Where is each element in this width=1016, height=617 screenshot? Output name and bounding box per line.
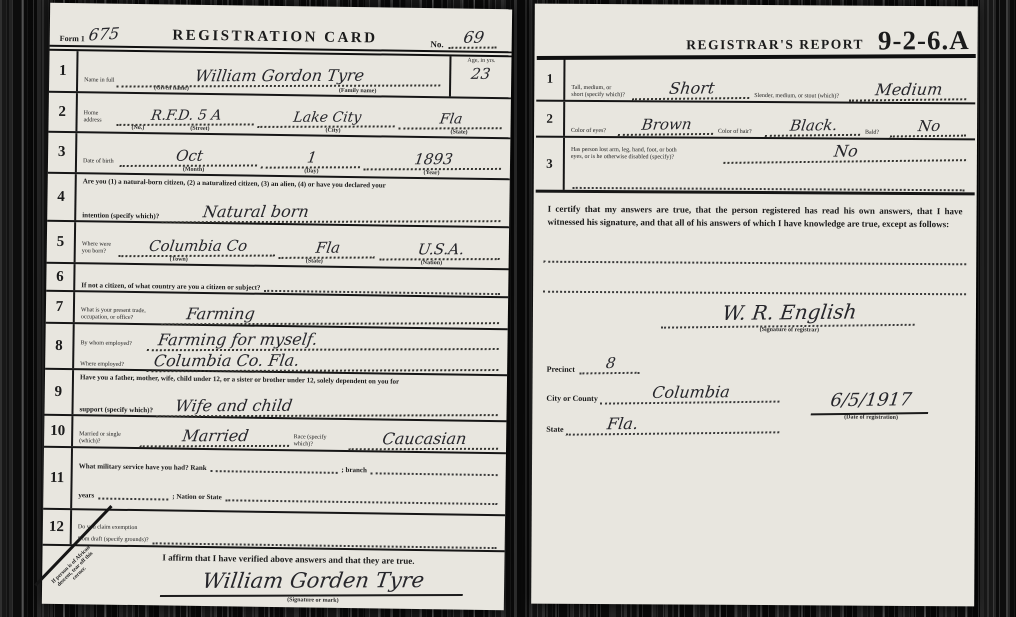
trade-cell: What is your present trade, occupation, … bbox=[75, 292, 508, 328]
height-question-line2: short (specify which)? bbox=[571, 92, 629, 99]
row-number: 5 bbox=[47, 222, 77, 262]
employer-cell: By whom employed? Farming for myself. Wh… bbox=[74, 324, 508, 374]
row-build: 1 Tall, medium, or short (specify which)… bbox=[536, 58, 975, 105]
city-county-label: City or County bbox=[546, 394, 597, 403]
family-name-sublabel: (Family name) bbox=[339, 88, 377, 95]
where-born-cell: Where were you born? Columbia Co Fla U.S… bbox=[76, 222, 510, 268]
where-employed-question: Where employed? bbox=[80, 361, 144, 369]
home-address-label: Home address bbox=[84, 110, 114, 124]
height-handwritten: Short bbox=[632, 78, 752, 100]
date-handwritten: 6/5/1917 bbox=[811, 389, 931, 415]
year-sublabel: (Year) bbox=[424, 170, 440, 176]
where-born-label: Where were you born? bbox=[82, 241, 116, 255]
hair-question: Color of hair? bbox=[718, 129, 762, 136]
state-sublabel: (State) bbox=[450, 129, 467, 135]
report-code: 9-2-6.A bbox=[878, 28, 970, 52]
city-county-handwritten: Columbia bbox=[600, 382, 782, 405]
dotted-line bbox=[98, 487, 168, 500]
married-handwritten: Married bbox=[140, 426, 292, 447]
registrant-signature-handwritten: William Gorden Tyre bbox=[160, 568, 467, 597]
address-city-handwritten: Lake City bbox=[257, 109, 397, 127]
military-question-branch: ; branch bbox=[341, 466, 367, 474]
dependents-question-line1: Have you a father, mother, wife, child u… bbox=[80, 373, 499, 387]
race-question: Race (specify which)? bbox=[294, 434, 346, 449]
row-number: 3 bbox=[536, 138, 565, 190]
dob-year-handwritten: 1893 bbox=[364, 150, 504, 170]
row-number: 9 bbox=[44, 370, 74, 414]
where-employed-line: Where employed? Columbia Co. Fla. bbox=[80, 347, 499, 374]
precinct-field: Precinct 8 bbox=[533, 354, 976, 377]
eyes-handwritten: Brown bbox=[618, 115, 716, 136]
row-number: 10 bbox=[44, 416, 73, 446]
name-handwritten: William Gordon Tyre bbox=[117, 65, 443, 87]
serial-no-label: No. bbox=[430, 40, 443, 48]
city-county-field: City or County Columbia bbox=[546, 382, 781, 404]
form-number-handwritten: 675 bbox=[88, 24, 121, 45]
dotted-line bbox=[226, 489, 498, 505]
street-sublabel: (Street) bbox=[190, 126, 209, 132]
row-number: 8 bbox=[45, 324, 75, 368]
address-no-handwritten: R.F.D. 5 A bbox=[116, 107, 256, 125]
nation-sublabel: (Nation) bbox=[421, 260, 442, 266]
race-handwritten: Caucasian bbox=[348, 429, 500, 450]
row-number: 3 bbox=[48, 133, 78, 172]
precinct-label: Precinct bbox=[547, 365, 575, 374]
alien-cell: If not a citizen, of what country are yo… bbox=[75, 264, 508, 296]
address-state-handwritten: Fla bbox=[398, 111, 504, 129]
citizenship-answer-line: intention (specify which)? Natural born bbox=[82, 198, 501, 225]
dob-cell: Date of birth Oct 1 1893 (Month) (Day) (… bbox=[77, 133, 511, 178]
build-handwritten: Medium bbox=[849, 79, 969, 101]
military-question-nation: ; Nation or State bbox=[172, 492, 222, 501]
date-block: 6/5/1917 (Date of registration) bbox=[813, 389, 930, 421]
dotted-line bbox=[371, 463, 498, 477]
row-home-address: 2 Home address R.F.D. 5 A Lake City Fla … bbox=[48, 93, 511, 139]
date-region: 6/5/1917 (Date of registration) bbox=[781, 383, 962, 436]
dob-day-handwritten: 1 bbox=[260, 148, 362, 168]
military-question-rank: What military service have you had? Rank bbox=[79, 462, 207, 472]
name-line: Name in full William Gordon Tyre bbox=[84, 63, 441, 89]
registrars-report-card: REGISTRAR'S REPORT 9-2-6.A 1 Tall, mediu… bbox=[531, 4, 978, 607]
dotted-line bbox=[264, 280, 500, 295]
registrar-signature-block: W. R. English (Signature of registrar) bbox=[663, 299, 916, 334]
serial-number-handwritten: 69 bbox=[448, 28, 499, 49]
military-question-years: years bbox=[78, 491, 94, 499]
row-number: 2 bbox=[48, 93, 78, 131]
build-cell: Tall, medium, or short (specify which)? … bbox=[565, 58, 975, 103]
employer-handwritten: Farming for myself. bbox=[147, 329, 502, 351]
married-race-line: Married or single (which)? Married Race … bbox=[79, 424, 498, 451]
location-fields: City or County Columbia State Fla. bbox=[546, 382, 781, 435]
row-number: 6 bbox=[46, 264, 75, 290]
row-number: 7 bbox=[46, 292, 75, 322]
dotted-line bbox=[573, 161, 965, 191]
day-sublabel: (Day) bbox=[304, 168, 318, 174]
alien-question: If not a citizen, of what country are yo… bbox=[81, 281, 260, 292]
dependents-question-line2: support (specify which)? bbox=[79, 405, 153, 414]
blank-dotted-line bbox=[543, 283, 966, 296]
citizenship-cell: Are you (1) a natural-born citizen, (2) … bbox=[76, 174, 510, 226]
born-state-handwritten: Fla bbox=[279, 239, 378, 259]
build-question: Slender, medium, or stout (which)? bbox=[754, 93, 846, 101]
eyes-hair-line: Color of eyes? Brown Color of hair? Blac… bbox=[571, 115, 967, 137]
bald-question: Bald? bbox=[865, 130, 887, 137]
registration-card: Form 1 675 REGISTRATION CARD No. 69 1 Na… bbox=[42, 3, 512, 610]
dependents-cell: Have you a father, mother, wife, child u… bbox=[73, 370, 507, 420]
hair-handwritten: Black. bbox=[765, 116, 863, 137]
row-eyes-hair: 2 Color of eyes? Brown Color of hair? Bl… bbox=[536, 102, 975, 141]
dependents-answer-line: support (specify which)? Wife and child bbox=[79, 392, 498, 419]
disability-line: Has person lost arm, leg, hand, foot, or… bbox=[571, 140, 967, 163]
row-employer: 8 By whom employed? Farming for myself. … bbox=[45, 324, 508, 376]
location-date-region: City or County Columbia State Fla. 6/5/1… bbox=[532, 382, 975, 437]
row-military-service: 11 What military service have you had? R… bbox=[43, 448, 506, 516]
row-number: 4 bbox=[47, 174, 77, 220]
blank-dotted-line bbox=[543, 253, 966, 266]
registration-card-header: Form 1 675 REGISTRATION CARD No. 69 bbox=[50, 3, 513, 57]
row-number: 11 bbox=[43, 448, 73, 508]
month-sublabel: (Month) bbox=[183, 167, 204, 173]
card-title: REGISTRATION CARD bbox=[119, 27, 430, 48]
row-disability: 3 Has person lost arm, leg, hand, foot, … bbox=[536, 138, 975, 196]
age-cell: Age, in yrs. 23 bbox=[449, 56, 512, 97]
report-header: REGISTRAR'S REPORT 9-2-6.A bbox=[537, 6, 976, 60]
row-date-of-birth: 3 Date of birth Oct 1 1893 (Month) (Day)… bbox=[48, 133, 511, 180]
married-race-cell: Married or single (which)? Married Race … bbox=[73, 416, 506, 452]
precinct-handwritten: 8 bbox=[580, 354, 643, 375]
trade-line: What is your present trade, occupation, … bbox=[81, 300, 500, 327]
trade-handwritten: Farming bbox=[161, 303, 502, 325]
military-line1: What military service have you had? Rank… bbox=[79, 458, 498, 476]
age-handwritten: 23 bbox=[470, 65, 492, 83]
dob-month-handwritten: Oct bbox=[120, 147, 260, 167]
bald-handwritten: No bbox=[890, 117, 969, 138]
state-sublabel: (State) bbox=[306, 258, 323, 264]
row-number: 12 bbox=[43, 510, 72, 544]
state-handwritten: Fla. bbox=[566, 412, 782, 435]
city-sublabel: (City) bbox=[325, 128, 340, 134]
dependents-handwritten: Wife and child bbox=[155, 395, 500, 417]
date-of-registration-sublabel: (Date of registration) bbox=[813, 414, 930, 421]
disability-cell: Has person lost arm, leg, hand, foot, or… bbox=[565, 138, 975, 193]
eyes-question: Color of eyes? bbox=[571, 128, 615, 135]
trade-question: What is your present trade, occupation, … bbox=[81, 307, 159, 322]
married-question: Married or single (which)? bbox=[79, 431, 137, 446]
citizenship-question-line2: intention (specify which)? bbox=[82, 211, 159, 220]
signature-or-mark-sublabel: (Signature or mark) bbox=[162, 595, 464, 605]
build-line: Tall, medium, or short (specify which)? … bbox=[571, 78, 967, 101]
citizenship-question-line1: Are you (1) a natural-born citizen, (2) … bbox=[83, 177, 502, 191]
row-name: 1 Name in full William Gordon Tyre (Give… bbox=[49, 51, 512, 99]
row-number: 1 bbox=[49, 51, 79, 91]
citizenship-handwritten: Natural born bbox=[161, 201, 503, 223]
certification-paragraph: I certify that my answers are true, that… bbox=[533, 193, 976, 234]
name-cell: Name in full William Gordon Tyre (Given … bbox=[78, 51, 450, 96]
state-label: State bbox=[546, 425, 563, 434]
military-cell: What military service have you had? Rank… bbox=[72, 448, 506, 514]
exemption-cell: Do you claim exemption from draft (speci… bbox=[72, 510, 505, 550]
row-dependents: 9 Have you a father, mother, wife, child… bbox=[44, 370, 507, 422]
where-employed-handwritten: Columbia Co. Fla. bbox=[146, 350, 501, 372]
height-question: Tall, medium, or short (specify which)? bbox=[571, 85, 629, 99]
born-nation-handwritten: U.S.A. bbox=[379, 240, 502, 260]
dotted-line bbox=[211, 460, 338, 474]
registrant-signature-block: William Gorden Tyre (Signature or mark) bbox=[42, 561, 504, 606]
eyes-hair-cell: Color of eyes? Brown Color of hair? Blac… bbox=[565, 102, 975, 139]
row-citizenship: 4 Are you (1) a natural-born citizen, (2… bbox=[47, 174, 510, 228]
town-sublabel: (Town) bbox=[170, 256, 188, 262]
no-sublabel: (No.) bbox=[131, 125, 144, 131]
form-label: Form 1 bbox=[60, 35, 85, 43]
military-line2: years ; Nation or State bbox=[78, 487, 497, 505]
disability-question: Has person lost arm, leg, hand, foot, or… bbox=[571, 147, 721, 162]
row-number: 2 bbox=[536, 102, 565, 136]
disability-handwritten: No bbox=[723, 140, 968, 164]
row-number: 1 bbox=[536, 58, 565, 100]
born-town-handwritten: Columbia Co bbox=[118, 237, 278, 258]
state-field: State Fla. bbox=[546, 413, 781, 435]
registrar-signature-handwritten: W. R. English bbox=[661, 299, 918, 329]
report-title: REGISTRAR'S REPORT bbox=[686, 37, 864, 54]
row-where-born: 5 Where were you born? Columbia Co Fla U… bbox=[47, 222, 510, 270]
home-address-cell: Home address R.F.D. 5 A Lake City Fla (N… bbox=[77, 93, 510, 137]
